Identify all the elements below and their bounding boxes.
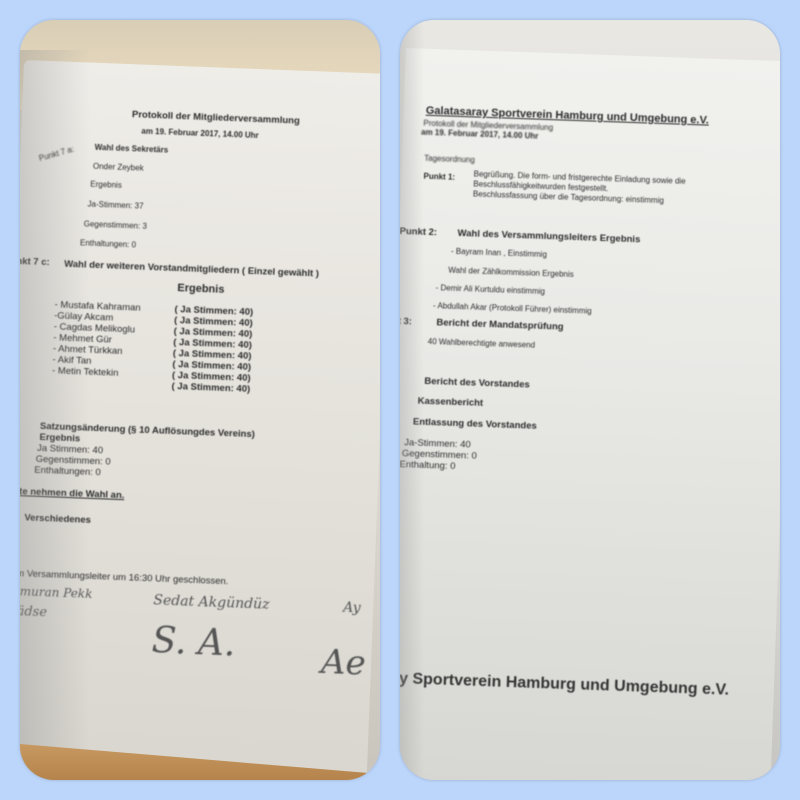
signature-3: Sedat Akgündüz [153, 592, 270, 612]
punkt-2-line-1: - Bayram Inan , Einstimmig [451, 247, 547, 259]
secretary-yes: Ja-Stimmen: 37 [87, 200, 143, 211]
signature-2: Kädse [20, 604, 47, 621]
secretary-abstain: Enthaltungen: 0 [80, 238, 136, 249]
accepted-note: Gewählte nehmen die Wahl an. [20, 485, 125, 501]
right-document-photo: Galatasaray Sportverein Hamburg und Umge… [400, 20, 780, 780]
agenda-label: Tagesordnung [424, 154, 475, 165]
punkt-3-heading: Bericht der Mandatsprüfung [436, 317, 564, 332]
punkt-3-line-1: 40 Wahlberechtigte anwesend [428, 337, 536, 350]
signature-6: Ae [320, 642, 366, 684]
signature-5: Ay [343, 600, 361, 617]
signature-4: S. A. [151, 620, 236, 664]
punkt-5-heading: Kassenbericht [417, 396, 483, 409]
secretary-no: Gegenstimmen: 3 [84, 219, 147, 230]
footer-club-name: ray Sportverein Hamburg und Umgebung e.V… [400, 670, 729, 700]
left-date: am 19. Februar 2017, 14.00 Uhr [141, 127, 259, 141]
right-sheet: Galatasaray Sportverein Hamburg und Umge… [400, 48, 780, 780]
secretary-name: Onder Zeybek [93, 162, 144, 173]
punkt-6-heading: Entlassung des Vorstandes [413, 416, 537, 431]
misc-heading: Verschiedenes [24, 512, 91, 526]
board-label: Punkt 7 c: [20, 255, 50, 268]
punkt-2-line-2: Wahl der Zählkommission Ergebnis [448, 266, 574, 279]
margin-label: Punkt 7 a: [38, 145, 75, 163]
left-document-photo: Protokoll der Mitgliederversammlung am 1… [20, 20, 380, 780]
statute-abstain: Enthaltungen: 0 [34, 465, 101, 479]
punkt-1-line-3: Beschlussfassung über die Tagesordnung: … [473, 189, 664, 205]
secretary-result-label: Ergebnis [90, 180, 122, 190]
board-members-list: - Mustafa Kahraman( Ja Stimmen: 40) -Gül… [51, 299, 253, 395]
page-edge-shadow [400, 20, 424, 780]
closing-note: vom Versammlungsleiter um 16:30 Uhr gesc… [20, 568, 229, 588]
left-sheet: Protokoll der Mitgliederversammlung am 1… [20, 60, 380, 780]
left-title: Protokoll der Mitgliederversammlung [132, 109, 300, 126]
punkt-2-heading: Wahl des Versammlungsleiters Ergebnis [457, 228, 640, 245]
punkt-2-line-3: - Demir Ali Kurtuldu einstimmig [435, 283, 545, 296]
signature-1: Kämuran Pekk [20, 584, 93, 601]
punkt-4-heading: Bericht des Vorstandes [424, 376, 530, 391]
secretary-heading: Wahl des Sekretärs [95, 143, 169, 155]
board-heading: Wahl der weiteren Vorstandmitgliedern ( … [64, 259, 319, 280]
punkt-2-line-4: - Abdullah Akar (Protokoll Führer) einst… [433, 301, 592, 316]
punkt-1-label: Punkt 1: [423, 172, 455, 182]
board-result-label: Ergebnis [177, 282, 225, 296]
